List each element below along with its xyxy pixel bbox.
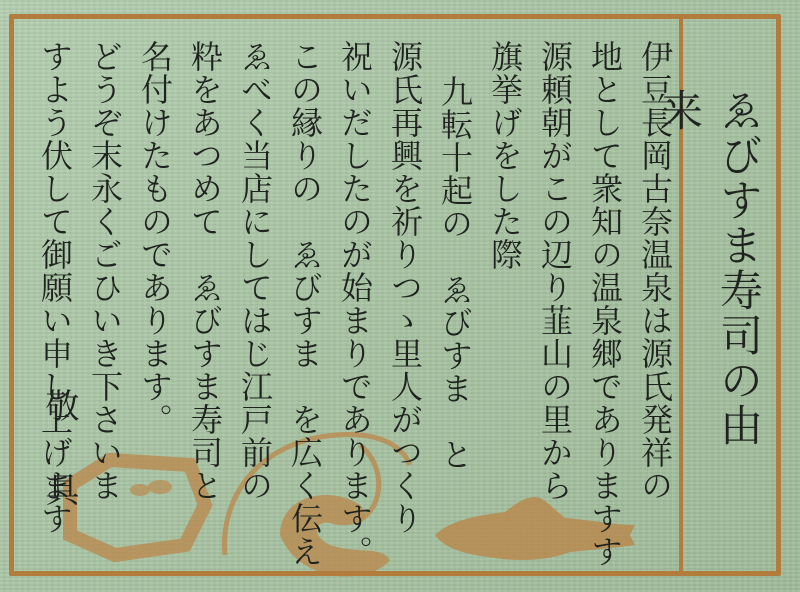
- text-column: この縁りの ゑびすま を広く伝え: [280, 40, 330, 575]
- text-column: ゑべく当店にしてはじ江戸前の: [230, 40, 280, 575]
- text-column: どうぞ末永くごひいき下さいま: [80, 40, 130, 575]
- closing-signature: 敬具: [34, 388, 84, 568]
- document-title: ゑびすま寿司の由来: [708, 88, 768, 488]
- text-column: 祝いだしたのが始まりであります。: [330, 40, 380, 575]
- text-column: 旗挙げをした際: [480, 40, 530, 575]
- text-column: 九転十起の ゑびすま と: [430, 40, 480, 575]
- text-column: 名付けたものであります。: [130, 40, 180, 575]
- text-column: 源頼朝がこの辺り韮山の里から: [530, 40, 580, 575]
- text-column: 地として衆知の温泉郷でありますす: [580, 40, 630, 575]
- text-column: 粋をあつめて ゑびすま寿司と: [180, 40, 230, 575]
- text-column: 伊豆長岡古奈温泉は源氏発祥の: [630, 40, 680, 575]
- text-column: 源氏再興を祈りつゝ里人がつくり: [380, 40, 430, 575]
- document-body: 伊豆長岡古奈温泉は源氏発祥の 地として衆知の温泉郷でありますす 源頼朝がこの辺り…: [20, 40, 680, 575]
